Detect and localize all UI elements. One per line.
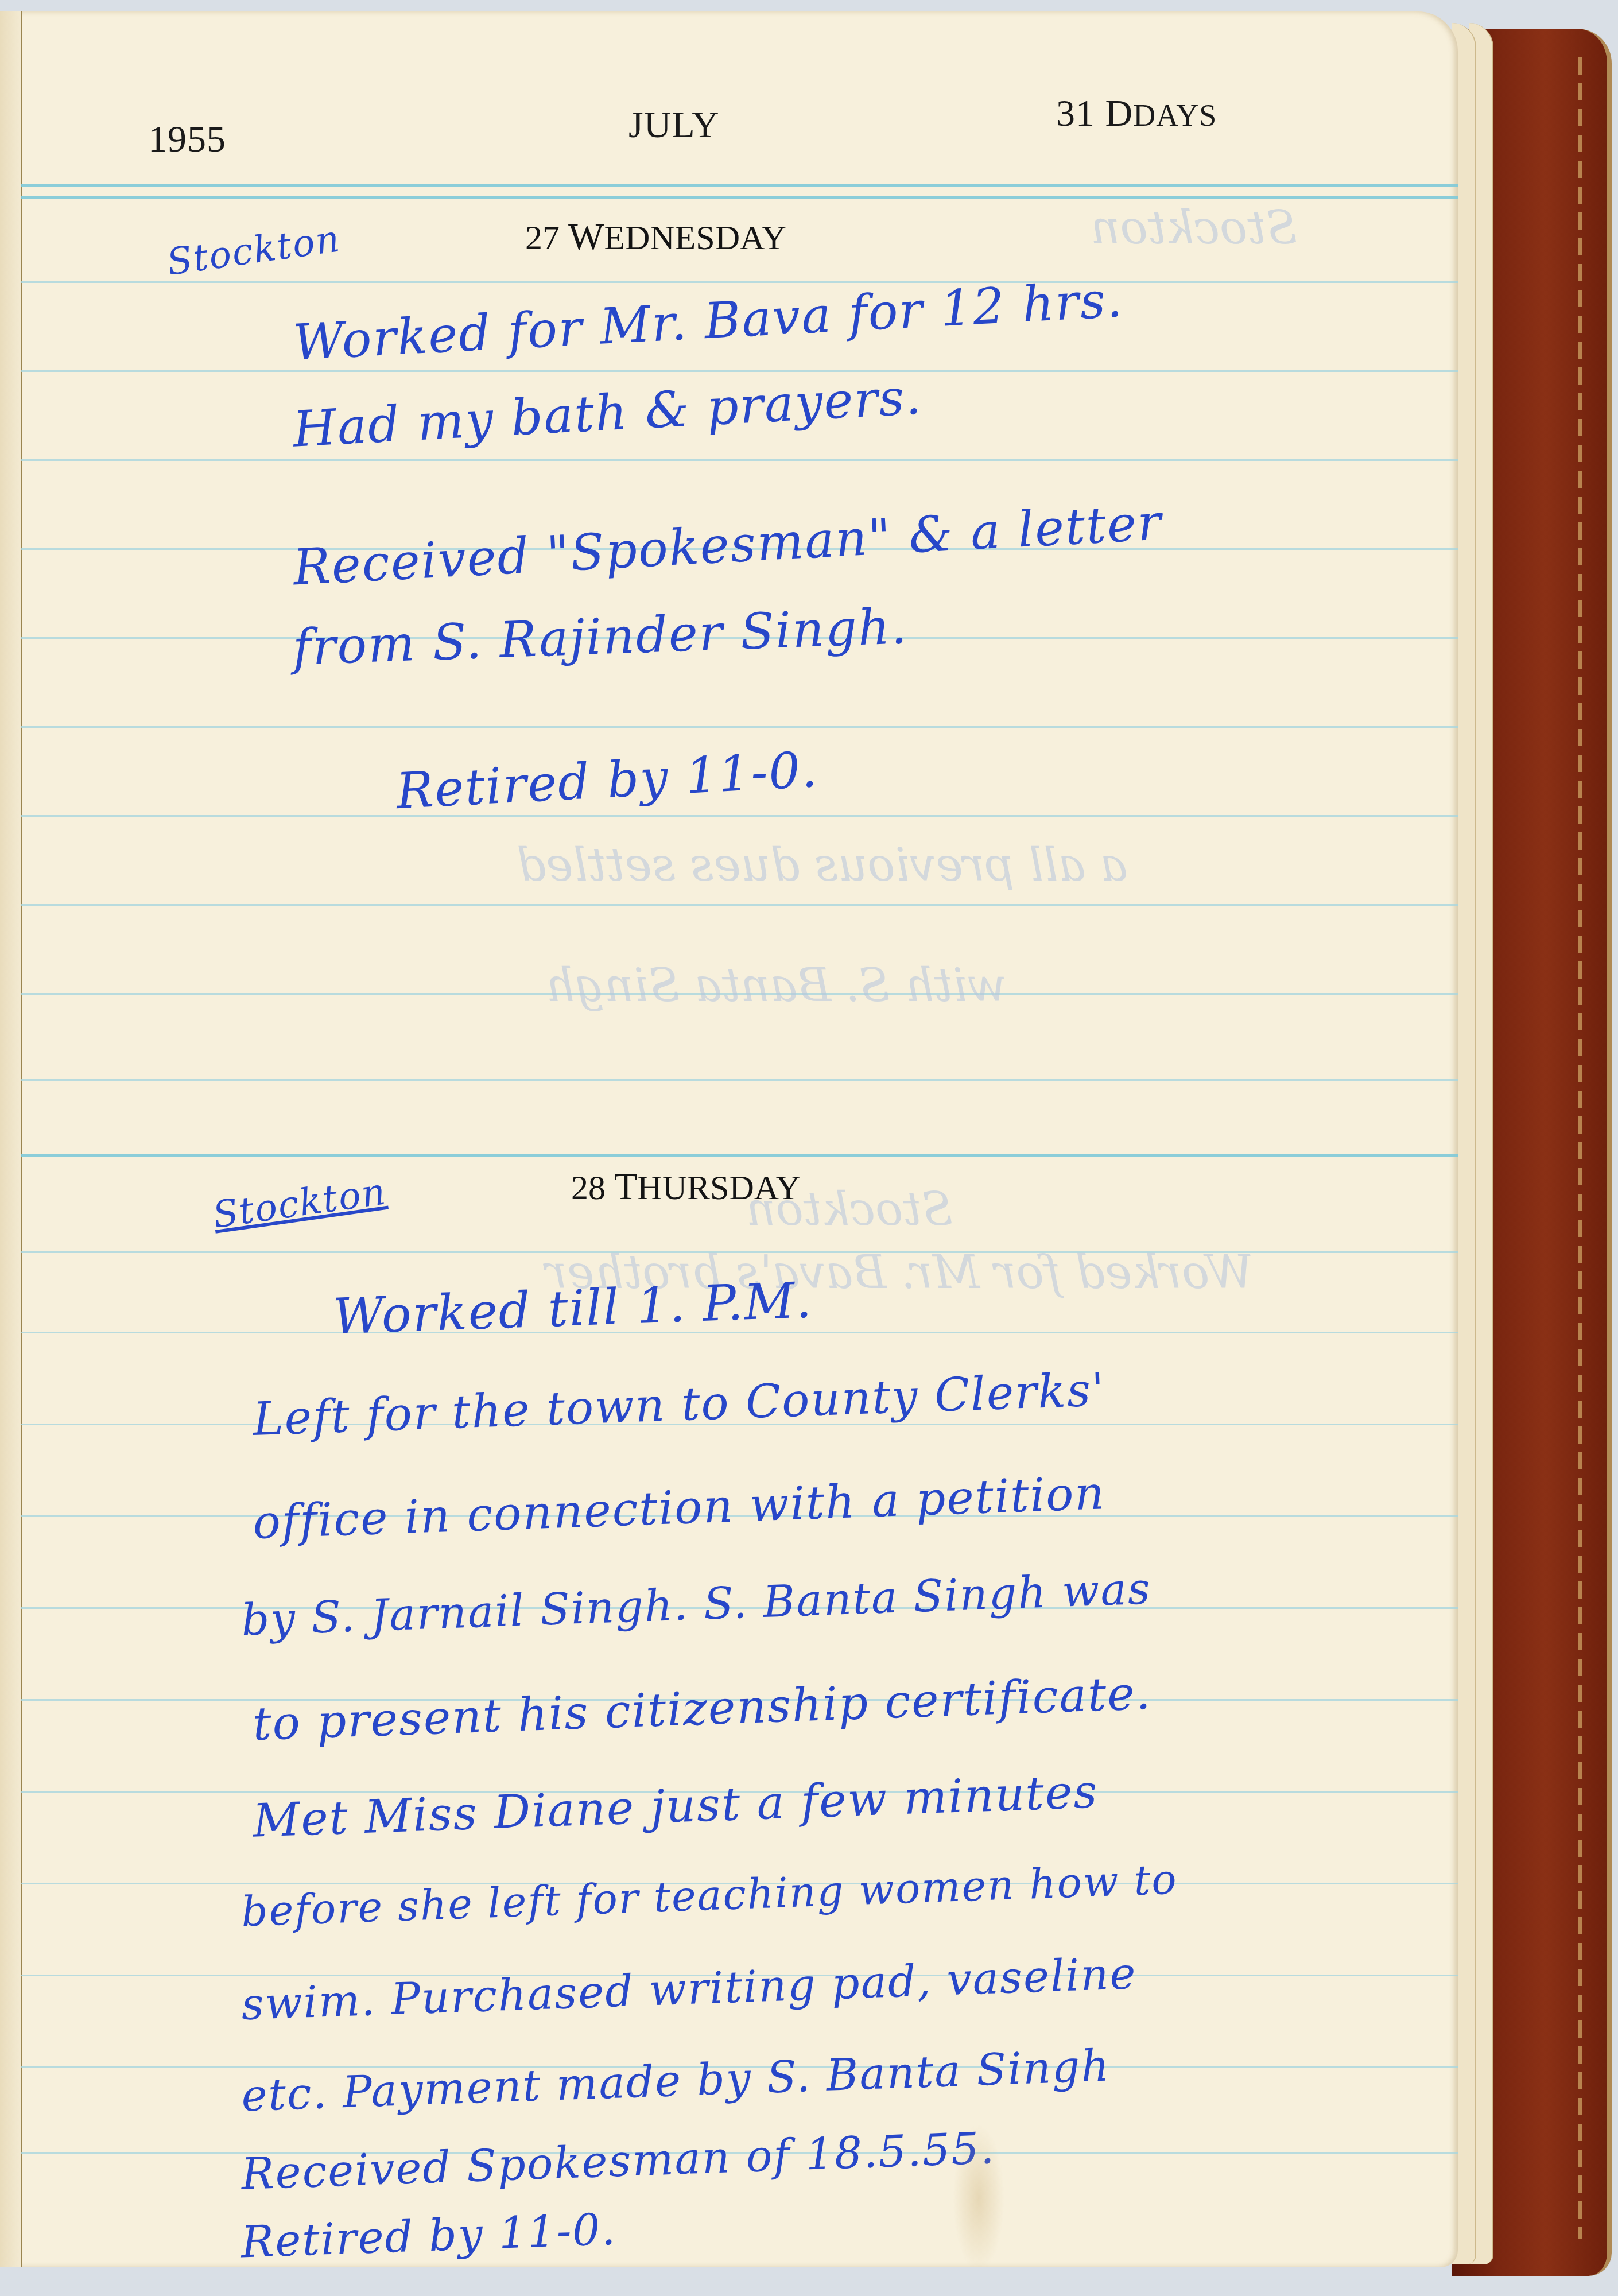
day-heading-27: 27 WEDNESDAY [525,215,786,259]
bleed-through-text: a all previous dues settled [517,838,1128,891]
header-divider [21,196,1458,199]
ruled-line [21,1079,1458,1081]
year-label: 1955 [148,118,226,161]
binding-gutter [0,11,22,2267]
days-count: 31 [1056,92,1095,134]
ruled-line [21,370,1458,372]
header-divider [21,184,1458,187]
date-number: 27 [525,219,560,257]
entry-line: by S. Jarnail Singh. S. Banta Singh was [240,1562,1152,1645]
ruled-line [21,459,1458,461]
date-number: 28 [571,1169,606,1207]
cover-stitching [1578,57,1582,2239]
entry-line: Received Spokesman of 18.5.55. [240,2122,996,2200]
entry-line: Met Miss Diane just a few minutes [252,1764,1099,1847]
entry-line: Worked for Mr. Bava for 12 hrs. [292,271,1124,372]
weekday-rest: HURSDAY [637,1169,801,1207]
weekday-initial: T [614,1166,637,1208]
weekday-initial: W [568,216,604,258]
days-in-month: 31 DDAYS [1056,92,1217,135]
entry-line: Had my bath & prayers. [292,368,924,458]
entry-line: office in connection with a petition [252,1466,1106,1549]
entry-line: Retired by 11-0. [395,741,820,820]
ruled-line [21,1332,1458,1333]
entry-line: swim. Purchased writing pad, vaseline [240,1948,1138,2030]
entry-line: Worked till 1. P.M. [332,1271,814,1345]
day-divider [21,1154,1458,1157]
diary-page: Stockton a all previous dues settled wit… [0,11,1458,2267]
ruled-line [21,281,1458,283]
bleed-through-text: Stockton [1091,201,1297,254]
ruled-line [21,815,1458,817]
location-note: Stockton [210,1170,389,1237]
paper-stain [953,2124,1004,2267]
month-label: JULY [628,103,720,147]
bleed-through-text: with S. Banta Singh [545,959,1007,1012]
entry-line: etc. Payment made by S. Banta Singh [240,2040,1111,2122]
ruled-line [21,904,1458,906]
ruled-line [21,726,1458,728]
entry-line: from S. Rajinder Singh. [292,598,909,676]
entry-line: before she left for teaching women how t… [240,1855,1178,1936]
weekday-rest: EDNESDAY [604,219,786,257]
entry-line: Retired by 11-0. [240,2204,618,2267]
entry-line: Left for the town to County Clerks' [252,1363,1106,1446]
days-word: DDAYS [1105,92,1217,134]
day-heading-28: 28 THURSDAY [571,1165,801,1209]
location-note: Stockton [164,218,343,284]
entry-line: Received "Spokesman" & a letter [292,494,1163,596]
entry-line: to present his citizenship certificate. [252,1666,1153,1751]
